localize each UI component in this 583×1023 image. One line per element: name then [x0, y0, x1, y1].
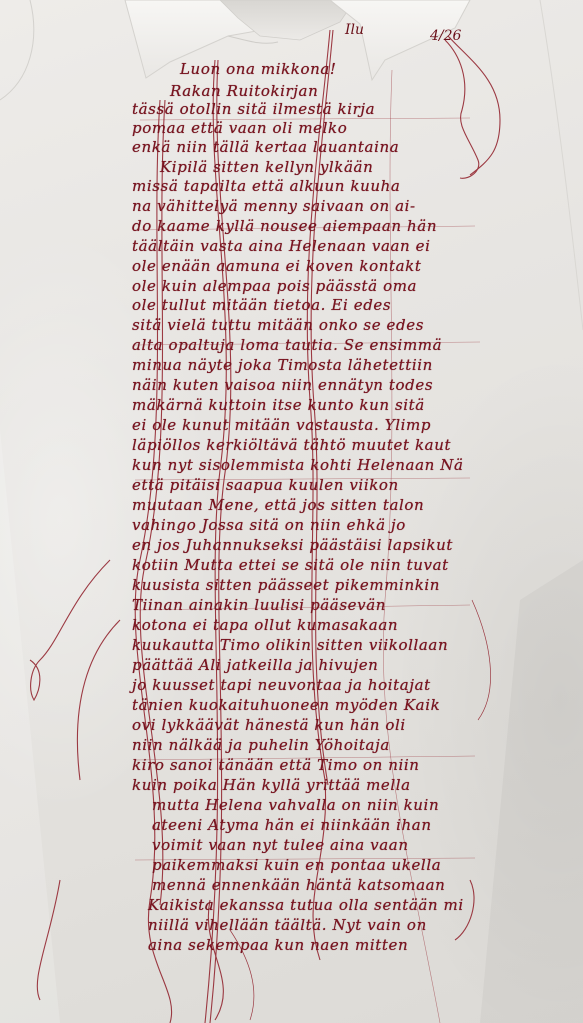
text-line: kotona ei tapa ollut kumasakaan — [132, 616, 398, 634]
text-line: voimit vaan nyt tulee aina vaan — [152, 836, 409, 854]
text-line: niin nälkää ja puhelin Yöhoitaja — [132, 736, 390, 754]
embroidered-text-block: Luon ona mikkona! Rakan Ruitokirjan täss… — [130, 0, 480, 1023]
text-line: Kaikista ekanssa tutua olla sentään mi — [148, 896, 464, 914]
text-line: enkä niin tällä kertaa lauantaina — [132, 138, 399, 156]
text-line: kuusista sitten päässeet pikemminkin — [132, 576, 440, 594]
text-line: Tiinan ainakin luulisi pääsevän — [132, 596, 386, 614]
text-line: sitä vielä tuttu mitään onko se edes — [132, 316, 424, 334]
text-line: Kipilä sitten kellyn ylkään — [160, 158, 373, 176]
text-line: päättää Ali jatkeilla ja hivujen — [132, 656, 378, 674]
text-line: muutaan Mene, että jos sitten talon — [132, 496, 424, 514]
text-line: ole kuin alempaa pois päässtä oma — [132, 277, 417, 295]
text-line: ole tullut mitään tietoa. Ei edes — [132, 296, 391, 314]
text-line: paikemmaksi kuin en pontaa ukella — [152, 856, 441, 874]
text-line: tässä otollin sitä ilmestä kirja — [132, 100, 375, 118]
text-line: vahingo Jossa sitä on niin ehkä jo — [132, 516, 406, 534]
text-line: että pitäisi saapua kuulen viikon — [132, 476, 399, 494]
text-line: mennä ennenkään häntä katsomaan — [152, 876, 445, 894]
text-line: kiro sanoi tänään että Timo on niin — [132, 756, 420, 774]
text-line: na vähittelyä menny saivaan on ai- — [132, 197, 416, 215]
text-line: minua näyte joka Timosta lähetettiin — [132, 356, 433, 374]
text-line: mutta Helena vahvalla on niin kuin — [152, 796, 439, 814]
text-line: ovi lykkäävät hänestä kun hän oli — [132, 716, 406, 734]
text-line: alta opaltuja loma tautia. Se ensimmä — [132, 336, 442, 354]
text-line: niillä vihellään täältä. Nyt vain on — [148, 916, 427, 934]
text-line: mäkärnä kuttoin itse kunto kun sitä — [132, 396, 425, 414]
text-line: Rakan Ruitokirjan — [170, 82, 318, 100]
text-line: täältäin vasta aina Helenaan vaan ei — [132, 237, 431, 255]
text-line: Luon ona mikkona! — [180, 60, 337, 78]
text-line: pomaa että vaan oli melko — [132, 119, 347, 137]
text-line: kuin poika Hän kyllä yrittää mella — [132, 776, 411, 794]
embroidered-shirt-photo: Ilu 4/26 Luon ona mikkona! Rakan Ruitoki… — [0, 0, 583, 1023]
text-line: missä tapailta että alkuun kuuha — [132, 177, 400, 195]
text-line: ole enään aamuna ei koven kontakt — [132, 257, 421, 275]
text-line: tänien kuokaituhuoneen myöden Kaik — [132, 696, 440, 714]
text-line: aina sekempaa kun naen mitten — [148, 936, 408, 954]
text-line: do kaame kyllä nousee aiempaan hän — [132, 217, 437, 235]
text-line: läpiöllos kerkiöltävä tähtö muutet kaut — [132, 436, 451, 454]
text-line: ateeni Atyma hän ei niinkään ihan — [152, 816, 432, 834]
text-line: en jos Juhannukseksi päästäisi lapsikut — [132, 536, 453, 554]
text-line: ei ole kunut mitään vastausta. Ylimp — [132, 416, 431, 434]
text-line: kun nyt sisolemmista kohti Helenaan Nä — [132, 456, 464, 474]
text-line: kuukautta Timo olikin sitten viikollaan — [132, 636, 448, 654]
text-line: jo kuusset tapi neuvontaa ja hoitajat — [132, 676, 431, 694]
text-line: kotiin Mutta ettei se sitä ole niin tuva… — [132, 556, 449, 574]
text-line: näin kuten vaisoa niin ennätyn todes — [132, 376, 433, 394]
